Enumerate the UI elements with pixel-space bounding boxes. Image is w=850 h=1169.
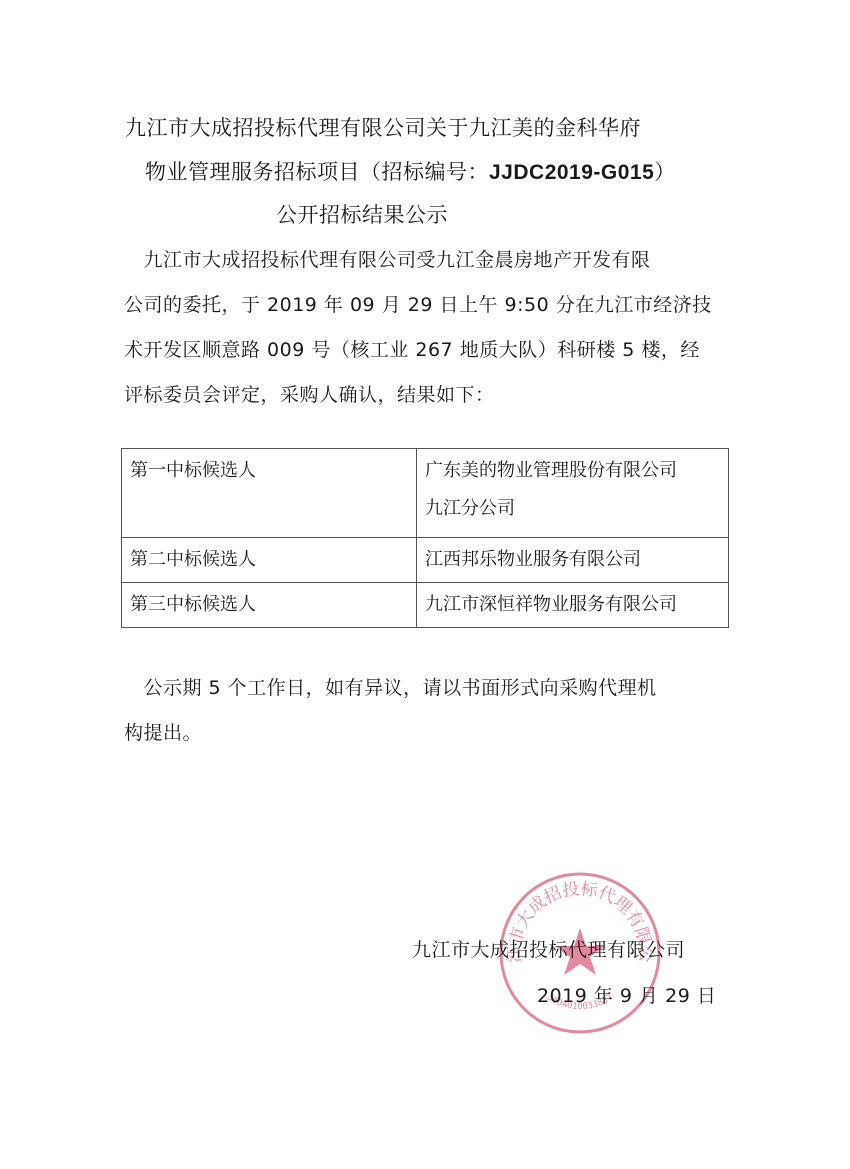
title-line-2: 物业管理服务招标项目（招标编号：JJDC2019-G015） xyxy=(145,156,676,186)
title-line-2-suffix: ） xyxy=(654,160,676,184)
company-line: 广东美的物业管理股份有限公司 xyxy=(425,455,720,487)
document-page: 九江市大成招投标代理有限公司关于九江美的金科华府 物业管理服务招标项目（招标编号… xyxy=(0,0,850,1169)
company-line: 九江分公司 xyxy=(425,493,720,525)
project-code: JJDC2019-G015 xyxy=(489,161,654,184)
title-line-1: 九江市大成招投标代理有限公司关于九江美的金科华府 xyxy=(125,112,641,142)
title-line-3: 公开招标结果公示 xyxy=(276,199,448,229)
company-line: 九江市深恒祥物业服务有限公司 xyxy=(425,589,720,621)
table-row: 第二中标候选人 江西邦乐物业服务有限公司 xyxy=(122,538,729,583)
rank-cell: 第一中标候选人 xyxy=(122,449,417,538)
company-cell: 广东美的物业管理股份有限公司 九江分公司 xyxy=(417,449,729,538)
title-line-2-prefix: 物业管理服务招标项目（招标编号： xyxy=(145,160,489,184)
table-row: 第三中标候选人 九江市深恒祥物业服务有限公司 xyxy=(122,583,729,628)
company-cell: 江西邦乐物业服务有限公司 xyxy=(417,538,729,583)
results-table: 第一中标候选人 广东美的物业管理股份有限公司 九江分公司 第二中标候选人 江西邦… xyxy=(121,448,729,628)
table-row: 第一中标候选人 广东美的物业管理股份有限公司 九江分公司 xyxy=(122,449,729,538)
rank-cell: 第二中标候选人 xyxy=(122,538,417,583)
signature-date: 2019 年 9 月 29 日 xyxy=(537,981,716,1008)
notice-paragraph: 公示期 5 个工作日，如有异议，请以书面形式向采购代理机 构提出。 xyxy=(124,666,724,756)
intro-line: 九江市大成招投标代理有限公司受九江金晨房地产开发有限 xyxy=(124,238,724,283)
company-line: 江西邦乐物业服务有限公司 xyxy=(425,544,720,576)
signature-organization: 九江市大成招投标代理有限公司 xyxy=(412,935,685,962)
notice-line: 公示期 5 个工作日，如有异议，请以书面形式向采购代理机 xyxy=(124,666,724,711)
intro-line: 评标委员会评定，采购人确认，结果如下： xyxy=(124,373,724,418)
intro-line: 术开发区顺意路 009 号（核工业 267 地质大队）科研楼 5 楼，经 xyxy=(124,328,724,373)
intro-paragraph: 九江市大成招投标代理有限公司受九江金晨房地产开发有限 公司的委托，于 2019 … xyxy=(124,238,724,418)
intro-line: 公司的委托，于 2019 年 09 月 29 日上午 9:50 分在九江市经济技 xyxy=(124,283,724,328)
notice-line: 构提出。 xyxy=(124,711,724,756)
rank-cell: 第三中标候选人 xyxy=(122,583,417,628)
company-cell: 九江市深恒祥物业服务有限公司 xyxy=(417,583,729,628)
